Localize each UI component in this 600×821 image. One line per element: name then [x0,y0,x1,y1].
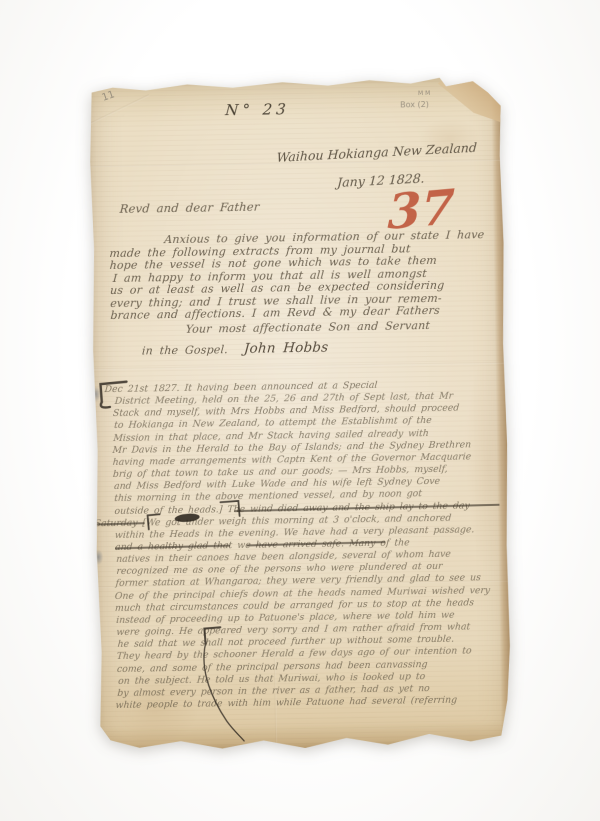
pin-smudge [93,549,103,565]
manuscript-page-wrap: 11 N° 23 MM Box (2) 37 Waihou Hokianga N… [88,75,513,753]
photo-background: 11 N° 23 MM Box (2) 37 Waihou Hokianga N… [0,0,600,821]
manuscript-page: 11 N° 23 MM Box (2) 37 Waihou Hokianga N… [88,75,513,753]
document-number: N° 23 [225,100,291,119]
salutation: Revd and dear Father [119,200,260,216]
pin-smudge [91,386,101,402]
pencil-archive-note: Box (2) [400,100,429,109]
pencil-note-top: MM [418,90,432,97]
closing-line-2: in the Gospel. [141,343,228,357]
signature: John Hobbs [243,340,328,357]
closing-signature-line: in the Gospel.John Hobbs [141,340,329,359]
